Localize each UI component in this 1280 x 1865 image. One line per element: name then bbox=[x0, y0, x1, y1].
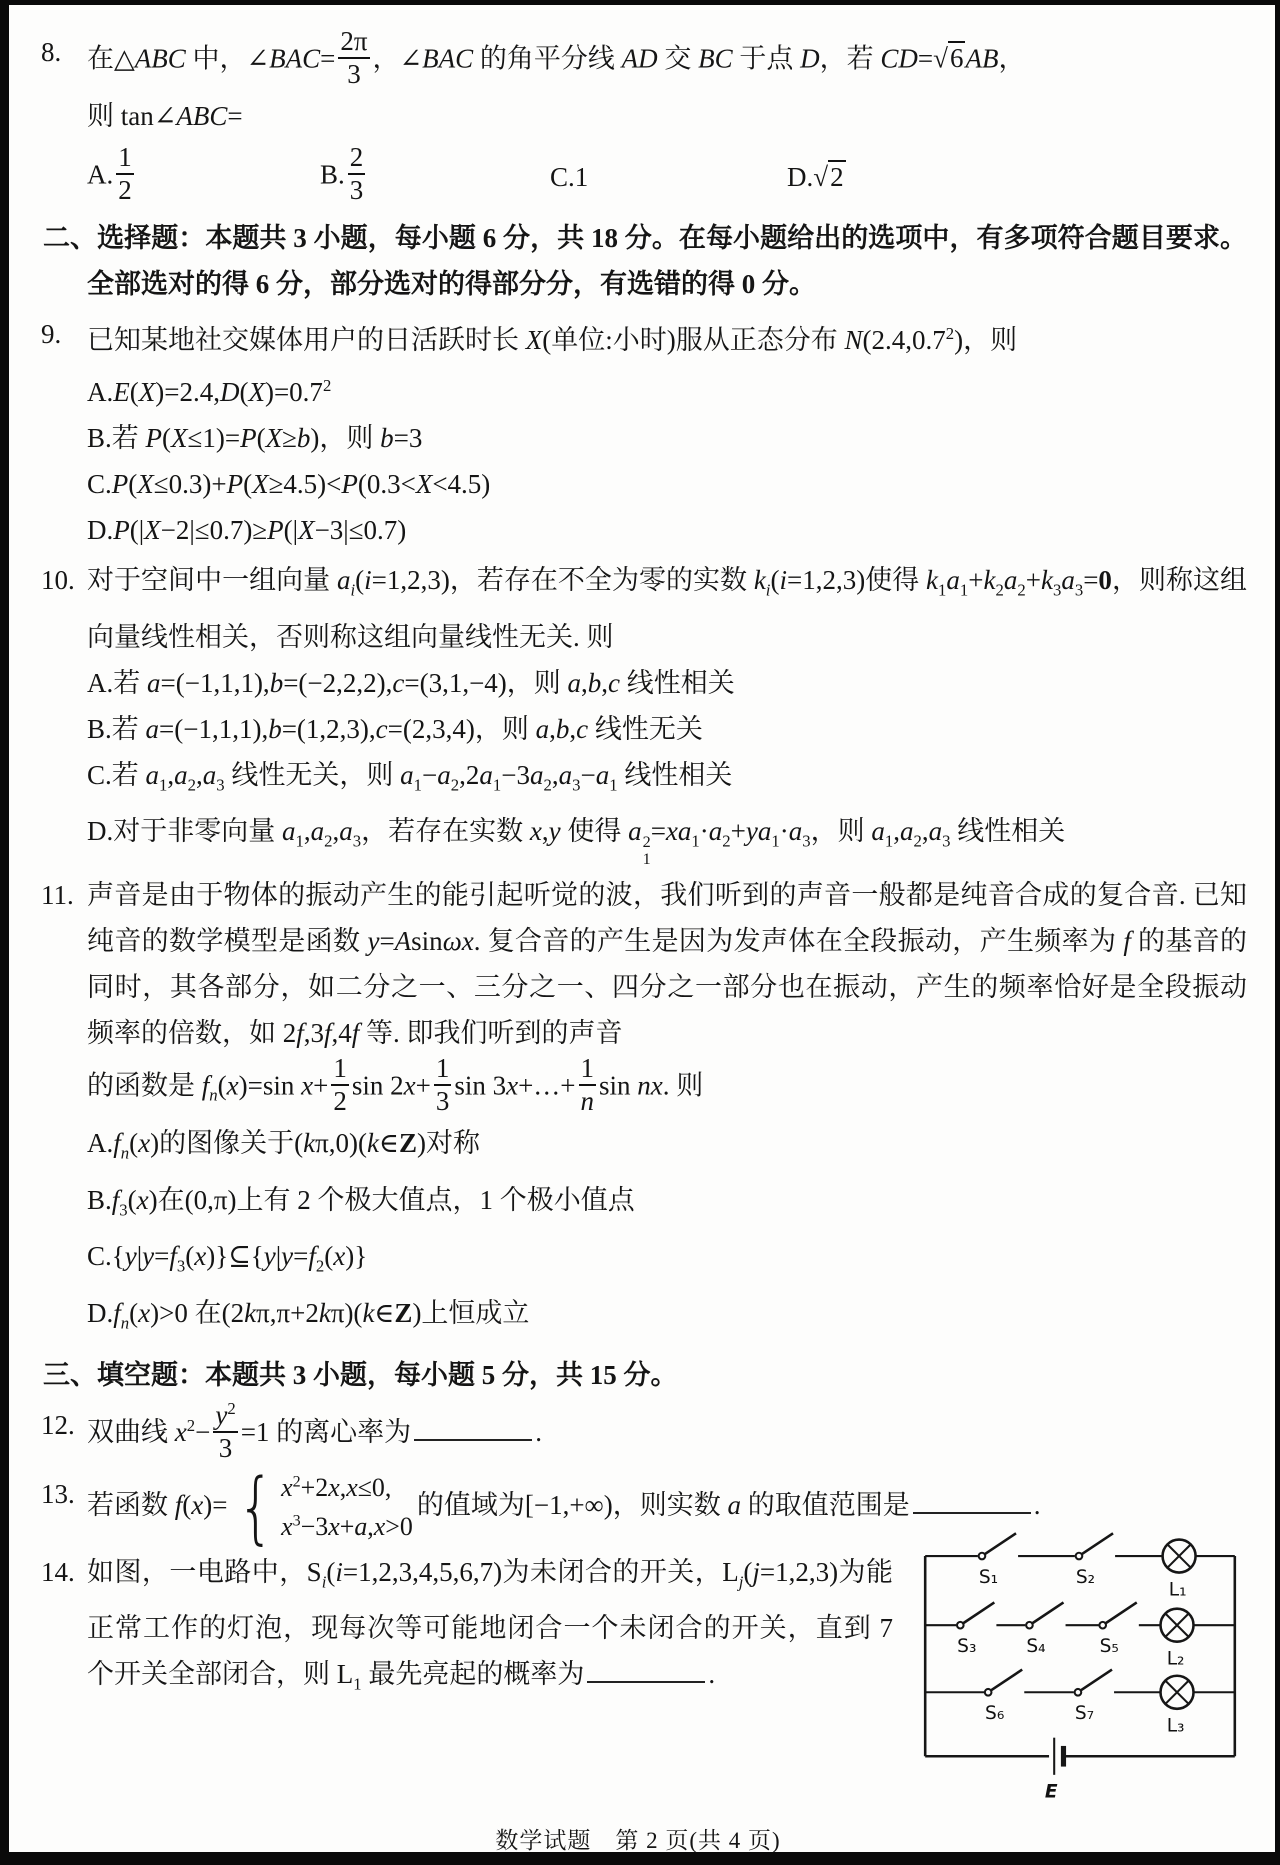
question-11-option-c: C.{y|y=f3(x)}⊆{y|y=f2(x)} bbox=[87, 1233, 1247, 1289]
exam-page: 8. 在△ABC 中，∠BAC=2π3，∠BAC 的角平分线 AD 交 BC 于… bbox=[0, 0, 1280, 1865]
switch-s4-icon bbox=[1026, 1602, 1063, 1628]
svg-text:S₁: S₁ bbox=[979, 1567, 998, 1588]
question-11-formula: 的函数是 fn(x)=sin x+12sin 2x+13sin 3x+…+1ns… bbox=[87, 1056, 1247, 1120]
question-8: 8. 在△ABC 中，∠BAC=2π3，∠BAC 的角平分线 AD 交 BC 于… bbox=[29, 29, 1247, 209]
circuit-branch-2: S₃ S₄ S₅ L₂ bbox=[925, 1602, 1235, 1669]
switch-s6-icon bbox=[985, 1670, 1022, 1696]
question-11: 11. 声音是由于物体的振动产生的能引起听觉的波，我们听到的声音一般都是纯音合成… bbox=[29, 872, 1247, 1346]
page-footer: 数学试题 第 2 页(共 4 页) bbox=[29, 1818, 1247, 1864]
q14-answer-blank bbox=[587, 1653, 705, 1683]
q13-answer-blank bbox=[913, 1484, 1031, 1514]
svg-text:L₂: L₂ bbox=[1167, 1648, 1185, 1669]
question-8-number: 8. bbox=[41, 29, 61, 75]
question-8-options: A.12 B.23 C.1 D.√2 bbox=[87, 145, 1247, 209]
switch-s3-icon bbox=[957, 1602, 994, 1628]
svg-text:L₁: L₁ bbox=[1169, 1579, 1187, 1600]
question-10-option-a: A.若 a=(−1,1,1),b=(−2,2,2),c=(3,1,−4)，则 a… bbox=[87, 660, 1247, 706]
question-8-option-d: D.√2 bbox=[787, 154, 846, 200]
question-8-stem-line2: 则 tan∠ABC= bbox=[87, 93, 1247, 139]
lamp-l2-icon bbox=[1161, 1609, 1194, 1642]
lamp-l1-icon bbox=[1163, 1539, 1196, 1572]
battery-icon: E bbox=[1045, 1738, 1064, 1803]
question-13-number: 13. bbox=[41, 1471, 75, 1517]
question-10-option-c: C.若 a1,a2,a3 线性无关，则 a1−a2,2a1−3a2,a3−a1 … bbox=[87, 752, 1247, 808]
question-12-stem: 双曲线 x2−y23=1 的离心率为. bbox=[87, 1402, 1247, 1467]
lamp-l3-icon bbox=[1161, 1676, 1194, 1709]
exam-content: 8. 在△ABC 中，∠BAC=2π3，∠BAC 的角平分线 AD 交 BC 于… bbox=[9, 5, 1275, 1864]
question-9-stem: 已知某地社交媒体用户的日活跃时长 X(单位:小时)服从正态分布 N(2.4,0.… bbox=[87, 311, 1247, 363]
question-12-number: 12. bbox=[41, 1402, 75, 1448]
question-8-option-b: B.23 bbox=[320, 145, 550, 209]
svg-text:S₅: S₅ bbox=[1100, 1636, 1119, 1657]
svg-text:E: E bbox=[1045, 1782, 1058, 1803]
question-9-option-a: A.E(X)=2.4,D(X)=0.72 bbox=[87, 363, 1247, 415]
circuit-diagram: E S₁ bbox=[919, 1527, 1241, 1808]
question-9-number: 9. bbox=[41, 311, 61, 357]
svg-text:L₃: L₃ bbox=[1167, 1715, 1185, 1736]
question-11-option-a: A.fn(x)的图像关于(kπ,0)(k∈Z)对称 bbox=[87, 1120, 1247, 1176]
svg-text:S₃: S₃ bbox=[957, 1636, 976, 1657]
question-11-option-b: B.f3(x)在(0,π)上有 2 个极大值点，1 个极小值点 bbox=[87, 1177, 1247, 1233]
question-10-option-b: B.若 a=(−1,1,1),b=(1,2,3),c=(2,3,4)，则 a,b… bbox=[87, 706, 1247, 752]
svg-text:S₆: S₆ bbox=[985, 1703, 1004, 1724]
question-9-option-d: D.P(|X−2|≤0.7)≥P(|X−3|≤0.7) bbox=[87, 507, 1247, 553]
question-9: 9. 已知某地社交媒体用户的日活跃时长 X(单位:小时)服从正态分布 N(2.4… bbox=[29, 311, 1247, 553]
section-two-header: 二、选择题：本题共 3 小题，每小题 6 分，共 18 分。在每小题给出的选项中… bbox=[29, 215, 1247, 307]
question-8-stem: 在△ABC 中，∠BAC=2π3，∠BAC 的角平分线 AD 交 BC 于点 D… bbox=[87, 29, 1247, 93]
svg-text:S₇: S₇ bbox=[1075, 1703, 1094, 1724]
switch-s1-icon bbox=[979, 1533, 1016, 1559]
question-9-option-b: B.若 P(X≤1)=P(X≥b)，则 b=3 bbox=[87, 415, 1247, 461]
question-8-option-c: C.1 bbox=[550, 154, 787, 200]
circuit-branch-3: S₆ S₇ L₃ bbox=[925, 1670, 1235, 1737]
switch-s7-icon bbox=[1075, 1670, 1112, 1696]
question-10: 10. 对于空间中一组向量 ai(i=1,2,3)，若存在不全为零的实数 ki(… bbox=[29, 557, 1247, 868]
question-10-stem: 对于空间中一组向量 ai(i=1,2,3)，若存在不全为零的实数 ki(i=1,… bbox=[87, 557, 1247, 659]
question-14: 14. E bbox=[29, 1549, 1247, 1808]
question-10-number: 10. bbox=[41, 557, 75, 603]
switch-s5-icon bbox=[1099, 1602, 1136, 1628]
question-11-stem: 声音是由于物体的振动产生的能引起听觉的波，我们听到的声音一般都是纯音合成的复合音… bbox=[87, 872, 1247, 1056]
svg-text:S₄: S₄ bbox=[1026, 1636, 1045, 1657]
question-10-option-d: D.对于非零向量 a1,a2,a3，若存在实数 x,y 使得 a21=xa1·a… bbox=[87, 808, 1247, 868]
question-14-number: 14. bbox=[41, 1549, 75, 1595]
svg-text:S₂: S₂ bbox=[1076, 1567, 1095, 1588]
question-9-option-c: C.P(X≤0.3)+P(X≥4.5)<P(0.3<X<4.5) bbox=[87, 461, 1247, 507]
question-12: 12. 双曲线 x2−y23=1 的离心率为. bbox=[29, 1402, 1247, 1467]
circuit-branch-1: S₁ S₂ L₁ bbox=[925, 1533, 1235, 1600]
switch-s2-icon bbox=[1076, 1533, 1113, 1559]
question-8-option-a: A.12 bbox=[87, 145, 320, 209]
q12-answer-blank bbox=[414, 1410, 532, 1440]
section-three-header: 三、填空题：本题共 3 小题，每小题 5 分，共 15 分。 bbox=[29, 1352, 1247, 1398]
question-11-number: 11. bbox=[41, 872, 74, 918]
question-11-option-d: D.fn(x)>0 在(2kπ,π+2kπ)(k∈Z)上恒成立 bbox=[87, 1290, 1247, 1346]
